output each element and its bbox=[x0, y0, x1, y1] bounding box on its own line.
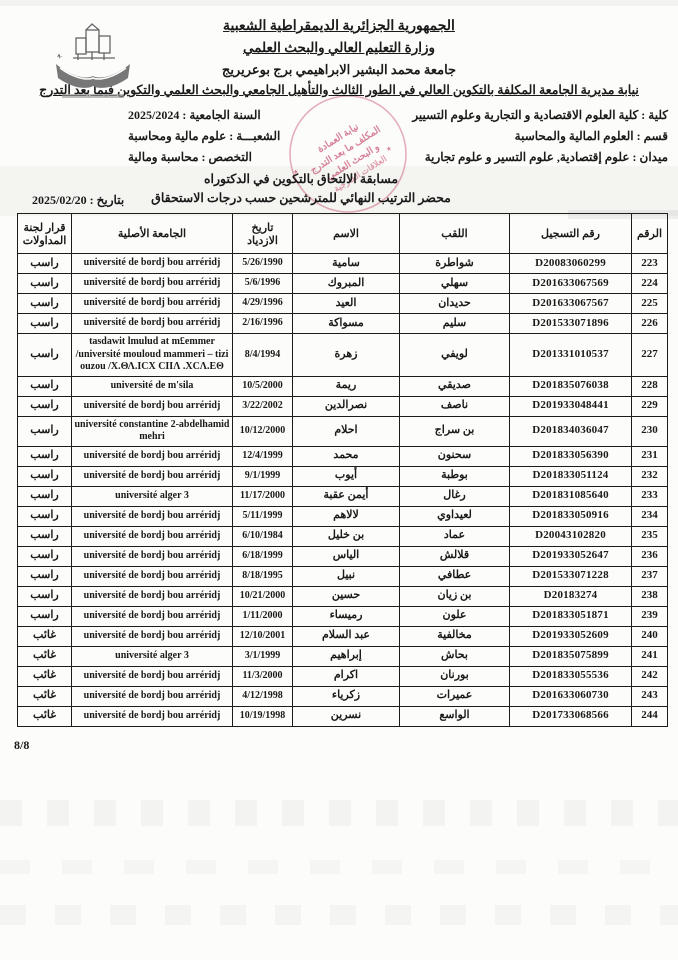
cell-university: université de bordj bou arréridj bbox=[72, 314, 233, 334]
cell-dob: 1/11/2000 bbox=[233, 606, 293, 626]
cell-num: 230 bbox=[632, 416, 668, 446]
table-row: 235D20043102820عمادبن خليل6/10/1984unive… bbox=[18, 526, 668, 546]
cell-name: ريمة bbox=[293, 376, 400, 396]
cell-university: université de bordj bou arréridj bbox=[72, 254, 233, 274]
cell-dob: 6/18/1999 bbox=[233, 546, 293, 566]
document-info: كلية : كلية العلوم الاقتصادية و التجارية… bbox=[10, 105, 668, 168]
cell-dob: 5/26/1990 bbox=[233, 254, 293, 274]
cell-university: université de bordj bou arréridj bbox=[72, 606, 233, 626]
info-row-field-specialty: ميدان : علوم إقتصادية, علوم التسير و علو… bbox=[10, 147, 668, 168]
cell-decision: غائب bbox=[18, 686, 72, 706]
cell-dob: 12/10/2001 bbox=[233, 626, 293, 646]
cell-num: 240 bbox=[632, 626, 668, 646]
table-row: 234D201833050916لعيداويلالاهم5/11/1999un… bbox=[18, 506, 668, 526]
cell-reg: D201331010537 bbox=[510, 334, 632, 377]
cell-dob: 8/18/1995 bbox=[233, 566, 293, 586]
cell-name: نسرين bbox=[293, 706, 400, 726]
cell-surname: سحنون bbox=[400, 446, 510, 466]
cell-reg: D20183274 bbox=[510, 586, 632, 606]
cell-surname: عميرات bbox=[400, 686, 510, 706]
cell-decision: راسب bbox=[18, 334, 72, 377]
cell-decision: راسب bbox=[18, 566, 72, 586]
cell-name: عبد السلام bbox=[293, 626, 400, 646]
cell-university: université de bordj bou arréridj bbox=[72, 686, 233, 706]
cell-decision: راسب bbox=[18, 294, 72, 314]
cell-decision: راسب bbox=[18, 446, 72, 466]
cell-dob: 2/16/1996 bbox=[233, 314, 293, 334]
table-row: 223D20083060299شواطرةسامية5/26/1990unive… bbox=[18, 254, 668, 274]
cell-dob: 4/12/1998 bbox=[233, 686, 293, 706]
column-header-university: الجامعة الأصلية bbox=[72, 214, 233, 254]
table-row: 239D201833051871علونرميساء1/11/2000unive… bbox=[18, 606, 668, 626]
cell-surname: الواسع bbox=[400, 706, 510, 726]
cell-num: 244 bbox=[632, 706, 668, 726]
cell-dob: 11/3/2000 bbox=[233, 666, 293, 686]
document-titles: مسابقة الالتحاق بالتكوين في الدكتوراه مح… bbox=[0, 171, 678, 206]
cell-university: université de bordj bou arréridj bbox=[72, 626, 233, 646]
cell-num: 242 bbox=[632, 666, 668, 686]
cell-university: université alger 3 bbox=[72, 646, 233, 666]
cell-num: 243 bbox=[632, 686, 668, 706]
cell-dob: 10/19/1998 bbox=[233, 706, 293, 726]
cell-surname: ناصف bbox=[400, 396, 510, 416]
table-row: 229D201933048441ناصفنصرالدين3/22/2002uni… bbox=[18, 396, 668, 416]
cell-surname: رغال bbox=[400, 486, 510, 506]
cell-name: المبروك bbox=[293, 274, 400, 294]
cell-reg: D201833051124 bbox=[510, 466, 632, 486]
table-row: 224D201633067569سهليالمبروك5/6/1996unive… bbox=[18, 274, 668, 294]
svg-text:جامعة محمد البشير الإبراهيمي ب: جامعة محمد البشير الإبراهيمي برج بوعريري… bbox=[48, 6, 63, 60]
cell-surname: بن زيان bbox=[400, 586, 510, 606]
scanned-document-page: جامعة محمد البشير الإبراهيمي برج بوعريري… bbox=[0, 0, 678, 960]
cell-name: أيوب bbox=[293, 466, 400, 486]
cell-decision: غائب bbox=[18, 666, 72, 686]
cell-decision: غائب bbox=[18, 626, 72, 646]
cell-reg: D201835076038 bbox=[510, 376, 632, 396]
cell-decision: راسب bbox=[18, 466, 72, 486]
cell-decision: راسب bbox=[18, 546, 72, 566]
cell-name: بن خليل bbox=[293, 526, 400, 546]
cell-dob: 5/11/1999 bbox=[233, 506, 293, 526]
column-header-num: الرقم bbox=[632, 214, 668, 254]
cell-name: إبراهيم bbox=[293, 646, 400, 666]
column-header-decision: قرار لجنة المداولات bbox=[18, 214, 72, 254]
cell-decision: راسب bbox=[18, 606, 72, 626]
castle-icon bbox=[73, 24, 115, 60]
cell-name: حسين bbox=[293, 586, 400, 606]
cell-surname: قلالش bbox=[400, 546, 510, 566]
cell-num: 233 bbox=[632, 486, 668, 506]
cell-dob: 3/22/2002 bbox=[233, 396, 293, 416]
table-row: 227D201331010537لويفيزهرة8/4/1994tasdawi… bbox=[18, 334, 668, 377]
cell-university: université de bordj bou arréridj bbox=[72, 526, 233, 546]
cell-num: 228 bbox=[632, 376, 668, 396]
cell-reg: D201533071228 bbox=[510, 566, 632, 586]
cell-surname: بورنان bbox=[400, 666, 510, 686]
cell-name: محمد bbox=[293, 446, 400, 466]
cell-reg: D20043102820 bbox=[510, 526, 632, 546]
cell-name: أيمن عقبة bbox=[293, 486, 400, 506]
cell-decision: راسب bbox=[18, 586, 72, 606]
cell-surname: لعيداوي bbox=[400, 506, 510, 526]
cell-reg: D201933052609 bbox=[510, 626, 632, 646]
faculty-label: كلية : كلية العلوم الاقتصادية و التجارية… bbox=[412, 105, 668, 126]
cell-decision: غائب bbox=[18, 706, 72, 726]
competition-title: مسابقة الالتحاق بالتكوين في الدكتوراه bbox=[0, 171, 640, 187]
cell-university: université alger 3 bbox=[72, 486, 233, 506]
cell-num: 229 bbox=[632, 396, 668, 416]
column-header-reg: رقم التسجيل bbox=[510, 214, 632, 254]
scan-noise-band bbox=[0, 905, 678, 925]
cell-university: université de bordj bou arréridj bbox=[72, 446, 233, 466]
cell-university: université constantine 2-abdelhamid mehr… bbox=[72, 416, 233, 446]
cell-reg: D201831085640 bbox=[510, 486, 632, 506]
cell-reg: D201733068566 bbox=[510, 706, 632, 726]
cell-reg: D201833056390 bbox=[510, 446, 632, 466]
table-row: 231D201833056390سحنونمحمد12/4/1999univer… bbox=[18, 446, 668, 466]
cell-reg: D201533071896 bbox=[510, 314, 632, 334]
cell-reg: D201633060730 bbox=[510, 686, 632, 706]
cell-reg: D201835075899 bbox=[510, 646, 632, 666]
cell-surname: حديدان bbox=[400, 294, 510, 314]
info-row-department-branch: قسم : العلوم المالية والمحاسبة الشعبـــة… bbox=[10, 126, 668, 147]
cell-num: 224 bbox=[632, 274, 668, 294]
university-logo: جامعة محمد البشير الإبراهيمي برج بوعريري… bbox=[48, 6, 138, 102]
cell-university: université de bordj bou arréridj bbox=[72, 294, 233, 314]
table-row: 236D201933052647قلالشالياس6/18/1999unive… bbox=[18, 546, 668, 566]
cell-dob: 10/5/2000 bbox=[233, 376, 293, 396]
cell-reg: D201834036047 bbox=[510, 416, 632, 446]
cell-university: université de m'sila bbox=[72, 376, 233, 396]
cell-surname: عماد bbox=[400, 526, 510, 546]
cell-num: 238 bbox=[632, 586, 668, 606]
cell-num: 236 bbox=[632, 546, 668, 566]
column-header-surname: اللقب bbox=[400, 214, 510, 254]
cell-name: نبيل bbox=[293, 566, 400, 586]
cell-num: 226 bbox=[632, 314, 668, 334]
cell-dob: 5/6/1996 bbox=[233, 274, 293, 294]
cell-name: مسواكة bbox=[293, 314, 400, 334]
cell-reg: D201833051871 bbox=[510, 606, 632, 626]
cell-decision: راسب bbox=[18, 376, 72, 396]
specialty-label: التخصص : محاسبة ومالية bbox=[128, 147, 252, 168]
table-row: 225D201633067567حديدانالعيد4/29/1996univ… bbox=[18, 294, 668, 314]
cell-dob: 12/4/1999 bbox=[233, 446, 293, 466]
table-row: 228D201835076038صديقيريمة10/5/2000univer… bbox=[18, 376, 668, 396]
cell-dob: 4/29/1996 bbox=[233, 294, 293, 314]
page-number: 8/8 bbox=[14, 738, 33, 753]
scan-noise-band bbox=[0, 860, 678, 874]
table-row: 240D201933052609مخالفيةعبد السلام12/10/2… bbox=[18, 626, 668, 646]
scan-noise-band bbox=[0, 800, 678, 826]
cell-name: اكرام bbox=[293, 666, 400, 686]
cell-num: 237 bbox=[632, 566, 668, 586]
cell-reg: D201633067569 bbox=[510, 274, 632, 294]
branch-label: الشعبـــة : علوم مالية ومحاسبة bbox=[128, 126, 280, 147]
cell-num: 235 bbox=[632, 526, 668, 546]
table-row: 237D201533071228عطافينبيل8/18/1995univer… bbox=[18, 566, 668, 586]
cell-surname: سهلي bbox=[400, 274, 510, 294]
table-row: 242D201833055536بورناناكرام11/3/2000univ… bbox=[18, 666, 668, 686]
cell-name: زهرة bbox=[293, 334, 400, 377]
cell-university: université de bordj bou arréridj bbox=[72, 666, 233, 686]
cell-name: زكرياء bbox=[293, 686, 400, 706]
cell-decision: راسب bbox=[18, 506, 72, 526]
field-label: ميدان : علوم إقتصادية, علوم التسير و علو… bbox=[425, 147, 668, 168]
cell-reg: D20083060299 bbox=[510, 254, 632, 274]
cell-num: 225 bbox=[632, 294, 668, 314]
table-row: 243D201633060730عميراتزكرياء4/12/1998uni… bbox=[18, 686, 668, 706]
cell-dob: 6/10/1984 bbox=[233, 526, 293, 546]
cell-name: لالاهم bbox=[293, 506, 400, 526]
cell-name: نصرالدين bbox=[293, 396, 400, 416]
table-row: 233D201831085640رغالأيمن عقبة11/17/2000u… bbox=[18, 486, 668, 506]
cell-num: 232 bbox=[632, 466, 668, 486]
cell-num: 223 bbox=[632, 254, 668, 274]
cell-surname: بحاش bbox=[400, 646, 510, 666]
cell-surname: سليم bbox=[400, 314, 510, 334]
table-row: 226D201533071896سليممسواكة2/16/1996unive… bbox=[18, 314, 668, 334]
table-body: 223D20083060299شواطرةسامية5/26/1990unive… bbox=[18, 254, 668, 727]
cell-university: université de bordj bou arréridj bbox=[72, 466, 233, 486]
info-row-faculty-year: كلية : كلية العلوم الاقتصادية و التجارية… bbox=[10, 105, 668, 126]
cell-dob: 9/1/1999 bbox=[233, 466, 293, 486]
cell-dob: 3/1/1999 bbox=[233, 646, 293, 666]
cell-reg: D201833050916 bbox=[510, 506, 632, 526]
column-header-dob: تاريخ الازدياد bbox=[233, 214, 293, 254]
cell-decision: راسب bbox=[18, 396, 72, 416]
cell-decision: راسب bbox=[18, 254, 72, 274]
cell-reg: D201933052647 bbox=[510, 546, 632, 566]
cell-num: 239 bbox=[632, 606, 668, 626]
ranking-table: الرقمرقم التسجيلاللقبالاسمتاريخ الازدياد… bbox=[17, 213, 668, 727]
cell-decision: راسب bbox=[18, 526, 72, 546]
cell-surname: شواطرة bbox=[400, 254, 510, 274]
cell-num: 231 bbox=[632, 446, 668, 466]
cell-surname: بوطبة bbox=[400, 466, 510, 486]
cell-dob: 11/17/2000 bbox=[233, 486, 293, 506]
cell-num: 227 bbox=[632, 334, 668, 377]
table-row: 230D201834036047بن سراجاحلام10/12/2000un… bbox=[18, 416, 668, 446]
cell-reg: D201933048441 bbox=[510, 396, 632, 416]
cell-university: tasdawit lmulud at m£emmer /université m… bbox=[72, 334, 233, 377]
cell-dob: 10/12/2000 bbox=[233, 416, 293, 446]
cell-surname: عطافي bbox=[400, 566, 510, 586]
cell-surname: صديقي bbox=[400, 376, 510, 396]
cell-num: 241 bbox=[632, 646, 668, 666]
cell-surname: مخالفية bbox=[400, 626, 510, 646]
table-row: 232D201833051124بوطبةأيوب9/1/1999univers… bbox=[18, 466, 668, 486]
cell-university: université de bordj bou arréridj bbox=[72, 706, 233, 726]
table-row: 238D20183274بن زيانحسين10/21/2000univers… bbox=[18, 586, 668, 606]
academic-year-label: السنة الجامعية : 2025/2024 bbox=[128, 105, 261, 126]
table-row: 244D201733068566الواسعنسرين10/19/1998uni… bbox=[18, 706, 668, 726]
cell-name: رميساء bbox=[293, 606, 400, 626]
cell-decision: راسب bbox=[18, 274, 72, 294]
cell-surname: لويفي bbox=[400, 334, 510, 377]
cell-decision: راسب bbox=[18, 486, 72, 506]
table-header-row: الرقمرقم التسجيلاللقبالاسمتاريخ الازدياد… bbox=[18, 214, 668, 254]
cell-decision: راسب bbox=[18, 314, 72, 334]
cell-university: université de bordj bou arréridj bbox=[72, 566, 233, 586]
cell-university: université de bordj bou arréridj bbox=[72, 506, 233, 526]
open-book-icon bbox=[56, 64, 130, 88]
cell-surname: بن سراج bbox=[400, 416, 510, 446]
cell-reg: D201633067567 bbox=[510, 294, 632, 314]
cell-name: سامية bbox=[293, 254, 400, 274]
cell-dob: 8/4/1994 bbox=[233, 334, 293, 377]
cell-num: 234 bbox=[632, 506, 668, 526]
cell-name: احلام bbox=[293, 416, 400, 446]
cell-decision: غائب bbox=[18, 646, 72, 666]
cell-university: université de bordj bou arréridj bbox=[72, 546, 233, 566]
cell-university: université de bordj bou arréridj bbox=[72, 274, 233, 294]
cell-university: université de bordj bou arréridj bbox=[72, 396, 233, 416]
department-label: قسم : العلوم المالية والمحاسبة bbox=[515, 126, 668, 147]
cell-name: الياس bbox=[293, 546, 400, 566]
document-date: بتاريخ : 2025/02/20 bbox=[32, 193, 124, 208]
cell-dob: 10/21/2000 bbox=[233, 586, 293, 606]
cell-surname: علون bbox=[400, 606, 510, 626]
cell-decision: راسب bbox=[18, 416, 72, 446]
column-header-name: الاسم bbox=[293, 214, 400, 254]
cell-university: université de bordj bou arréridj bbox=[72, 586, 233, 606]
cell-reg: D201833055536 bbox=[510, 666, 632, 686]
cell-name: العيد bbox=[293, 294, 400, 314]
table-row: 241D201835075899بحاشإبراهيم3/1/1999unive… bbox=[18, 646, 668, 666]
